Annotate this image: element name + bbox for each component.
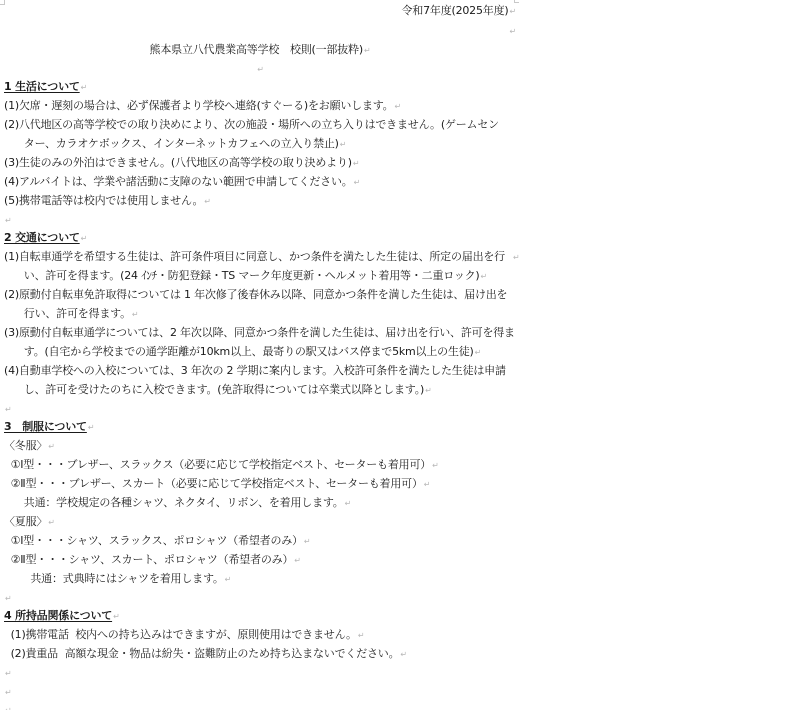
empty-line: ↵ bbox=[4, 401, 12, 417]
paragraph-mark-icon: ↵ bbox=[5, 405, 12, 414]
section-heading: 4 所持品関係について bbox=[4, 609, 112, 622]
section-heading-uniform: 3 制服について↵ bbox=[4, 419, 94, 435]
empty-line: ↵ bbox=[4, 702, 12, 710]
rule-line: (3)原動付自転車通学については、2 年次以降、同意かつ条件を満した生徒は、届け… bbox=[4, 325, 515, 341]
paragraph-mark-icon: ↵ bbox=[475, 348, 482, 357]
rule-line: 共通：学校規定の各種シャツ、ネクタイ、リボン、を着用します。↵ bbox=[4, 495, 351, 511]
rule-line: ②Ⅱ型・・・ブレザー、スカート（必要に応じて学校指定ベスト、セーターも着用可）↵ bbox=[4, 476, 430, 492]
paragraph-mark-icon: ↵ bbox=[340, 140, 347, 149]
rule-line: 共通：式典時にはシャツを着用します。↵ bbox=[4, 571, 231, 587]
rule-text: ②Ⅱ型・・・シャツ、スカート、ポロシャツ（希望者のみ） bbox=[4, 553, 293, 566]
empty-line: ↵ bbox=[4, 665, 12, 681]
rule-line: す。(自宅から学校までの通学距離が10km以上、最寄りの駅又はバス停まで5km以… bbox=[4, 344, 481, 360]
paragraph-mark-icon: ↵ bbox=[5, 594, 12, 603]
rule-line: (2)原動付自転車免許取得については 1 年次修了後春休み以降、同意かつ条件を満… bbox=[4, 287, 507, 303]
paragraph-mark-icon: ↵ bbox=[81, 83, 88, 92]
rule-line: (5)携帯電話等は校内では使用しません。↵ bbox=[4, 193, 211, 209]
paragraph-mark-icon: ↵ bbox=[354, 178, 361, 187]
empty-line: ↵ bbox=[4, 684, 12, 700]
margin-corner-mark bbox=[0, 0, 5, 5]
paragraph-mark-icon: ↵ bbox=[509, 7, 516, 16]
paragraph-mark-icon: ↵ bbox=[294, 556, 301, 565]
paragraph-mark-icon: ↵ bbox=[132, 310, 139, 319]
rule-line: ①Ⅰ型・・・シャツ、スラックス、ポロシャツ（希望者のみ）↵ bbox=[4, 533, 310, 549]
rule-text: (1)欠席・遅刻の場合は、必ず保護者より学校へ連絡(すぐーる)をお願いします。 bbox=[4, 99, 393, 112]
rule-text: (3)原動付自転車通学については、2 年次以降、同意かつ条件を満した生徒は、届け… bbox=[4, 326, 515, 339]
paragraph-mark-icon: ↵ bbox=[204, 197, 211, 206]
paragraph-mark-icon: ↵ bbox=[394, 102, 401, 111]
rule-text: (4)自動車学校への入校については、3 年次の 2 学期に案内します。入校許可条… bbox=[4, 364, 506, 377]
document-title-line: 熊本県立八代農業高等学校 校則(一部抜粋)↵ bbox=[0, 42, 520, 58]
section-heading-belongings: 4 所持品関係について↵ bbox=[4, 608, 120, 624]
rule-line: (1)自転車通学を希望する生徒は、許可条件項目に同意し、かつ条件を満たした生徒は… bbox=[4, 249, 520, 265]
rule-text: す。(自宅から学校までの通学距離が10km以上、最寄りの駅又はバス停まで5km以… bbox=[4, 345, 474, 358]
rule-text: (4)アルバイトは、学業や諸活動に支障のない範囲で申請してください。 bbox=[4, 175, 353, 188]
paragraph-mark-icon: ↵ bbox=[257, 65, 264, 74]
paragraph-mark-icon: ↵ bbox=[48, 442, 55, 451]
rule-line: (1)携帯電話 校内への持ち込みはできますが、原則使用はできません。↵ bbox=[4, 627, 364, 643]
paragraph-mark-icon: ↵ bbox=[358, 631, 365, 640]
rule-text: (2)貴重品 高額な現金・物品は紛失・盗難防止のため持ち込まないでください。 bbox=[4, 647, 399, 660]
paragraph-mark-icon: ↵ bbox=[5, 669, 12, 678]
rule-text: (3)生徒のみの外泊はできません。(八代地区の高等学校の取り決めより) bbox=[4, 156, 352, 169]
rule-text: (1)携帯電話 校内への持ち込みはできますが、原則使用はできません。 bbox=[4, 628, 357, 641]
paragraph-mark-icon: ↵ bbox=[364, 46, 371, 55]
rule-text: ター、カラオケボックス、インターネットカフェへの立入り禁止) bbox=[4, 137, 339, 150]
paragraph-mark-icon: ↵ bbox=[225, 575, 232, 584]
subheading-winter: 〈冬服〉 bbox=[4, 439, 47, 452]
section-heading: 3 制服について bbox=[4, 420, 87, 433]
rule-text: し、許可を受けたのちに入校できます。(免許取得については卒業式以降とします。) bbox=[4, 383, 424, 396]
rule-line: (1)欠席・遅刻の場合は、必ず保護者より学校へ連絡(すぐーる)をお願いします。↵ bbox=[4, 98, 401, 114]
empty-line: ↵ bbox=[4, 590, 12, 606]
paragraph-mark-icon: ↵ bbox=[304, 537, 311, 546]
rule-line: ②Ⅱ型・・・シャツ、スカート、ポロシャツ（希望者のみ）↵ bbox=[4, 552, 301, 568]
rule-line: 行い、許可を得ます。↵ bbox=[4, 306, 138, 322]
rule-text: ①Ⅰ型・・・ブレザー、スラックス（必要に応じて学校指定ベスト、セーターも着用可） bbox=[4, 458, 431, 471]
paragraph-mark-icon: ↵ bbox=[481, 272, 488, 281]
paragraph-mark-icon: ↵ bbox=[432, 461, 439, 470]
section-heading: 1 生活について bbox=[4, 80, 80, 93]
paragraph-mark-icon: ↵ bbox=[345, 499, 352, 508]
paragraph-mark-icon: ↵ bbox=[353, 159, 360, 168]
rule-line: 〈夏服〉↵ bbox=[4, 514, 55, 530]
section-heading-traffic: 2 交通について↵ bbox=[4, 230, 87, 246]
document-page: 令和7年度(2025年度)↵ ↵ 熊本県立八代農業高等学校 校則(一部抜粋)↵ … bbox=[0, 0, 800, 710]
paragraph-mark-icon: ↵ bbox=[400, 650, 407, 659]
paragraph-mark-icon: ↵ bbox=[81, 234, 88, 243]
rule-text: (2)原動付自転車免許取得については 1 年次修了後春休み以降、同意かつ条件を満… bbox=[4, 288, 507, 301]
document-title: 熊本県立八代農業高等学校 校則(一部抜粋) bbox=[150, 43, 363, 56]
paragraph-mark-icon: ↵ bbox=[424, 480, 431, 489]
paragraph-mark-icon: ↵ bbox=[509, 27, 516, 36]
rule-text: (5)携帯電話等は校内では使用しません。 bbox=[4, 194, 203, 207]
section-heading: 2 交通について bbox=[4, 231, 80, 244]
rule-line: (2)八代地区の高等学校での取り決めにより、次の施設・場所への立ち入りはできませ… bbox=[4, 117, 499, 133]
paragraph-mark-icon: ↵ bbox=[88, 423, 95, 432]
empty-line: ↵ bbox=[0, 61, 520, 77]
subheading-summer: 〈夏服〉 bbox=[4, 515, 47, 528]
rule-text: い、許可を得ます。(24 ｲﾝﾁ・防犯登録・TS マーク年度更新・ヘルメット着用… bbox=[4, 269, 480, 282]
rule-line: し、許可を受けたのちに入校できます。(免許取得については卒業式以降とします。)↵ bbox=[4, 382, 432, 398]
paragraph-mark-icon: ↵ bbox=[513, 253, 520, 262]
section-heading-life: 1 生活について↵ bbox=[4, 79, 87, 95]
rule-line: 〈冬服〉↵ bbox=[4, 438, 55, 454]
rule-text: 行い、許可を得ます。 bbox=[4, 307, 131, 320]
rule-text: 共通：式典時にはシャツを着用します。 bbox=[4, 572, 224, 585]
rule-line: (4)アルバイトは、学業や諸活動に支障のない範囲で申請してください。↵ bbox=[4, 174, 360, 190]
empty-line: ↵ bbox=[508, 23, 516, 39]
rule-line: ター、カラオケボックス、インターネットカフェへの立入り禁止)↵ bbox=[4, 136, 346, 152]
rule-text: ②Ⅱ型・・・ブレザー、スカート（必要に応じて学校指定ベスト、セーターも着用可） bbox=[4, 477, 423, 490]
paragraph-mark-icon: ↵ bbox=[5, 216, 12, 225]
empty-line: ↵ bbox=[4, 212, 12, 228]
paragraph-mark-icon: ↵ bbox=[5, 706, 12, 710]
rule-line: (3)生徒のみの外泊はできません。(八代地区の高等学校の取り決めより)↵ bbox=[4, 155, 359, 171]
rule-line: ①Ⅰ型・・・ブレザー、スラックス（必要に応じて学校指定ベスト、セーターも着用可）… bbox=[4, 457, 439, 473]
paragraph-mark-icon: ↵ bbox=[5, 688, 12, 697]
rule-text: ①Ⅰ型・・・シャツ、スラックス、ポロシャツ（希望者のみ） bbox=[4, 534, 303, 547]
rule-text: 共通：学校規定の各種シャツ、ネクタイ、リボン、を着用します。 bbox=[4, 496, 344, 509]
rule-line: (4)自動車学校への入校については、3 年次の 2 学期に案内します。入校許可条… bbox=[4, 363, 506, 379]
rule-text: (1)自転車通学を希望する生徒は、許可条件項目に同意し、かつ条件を満たした生徒は… bbox=[4, 250, 505, 263]
paragraph-mark-icon: ↵ bbox=[48, 518, 55, 527]
fiscal-year: 令和7年度(2025年度) bbox=[402, 4, 509, 17]
rule-line: い、許可を得ます。(24 ｲﾝﾁ・防犯登録・TS マーク年度更新・ヘルメット着用… bbox=[4, 268, 487, 284]
rule-line: (2)貴重品 高額な現金・物品は紛失・盗難防止のため持ち込まないでください。↵ bbox=[4, 646, 407, 662]
paragraph-mark-icon: ↵ bbox=[425, 386, 432, 395]
paragraph-mark-icon: ↵ bbox=[113, 612, 120, 621]
rule-text: (2)八代地区の高等学校での取り決めにより、次の施設・場所への立ち入りはできませ… bbox=[4, 118, 499, 131]
fiscal-year-line: 令和7年度(2025年度)↵ bbox=[402, 3, 517, 19]
